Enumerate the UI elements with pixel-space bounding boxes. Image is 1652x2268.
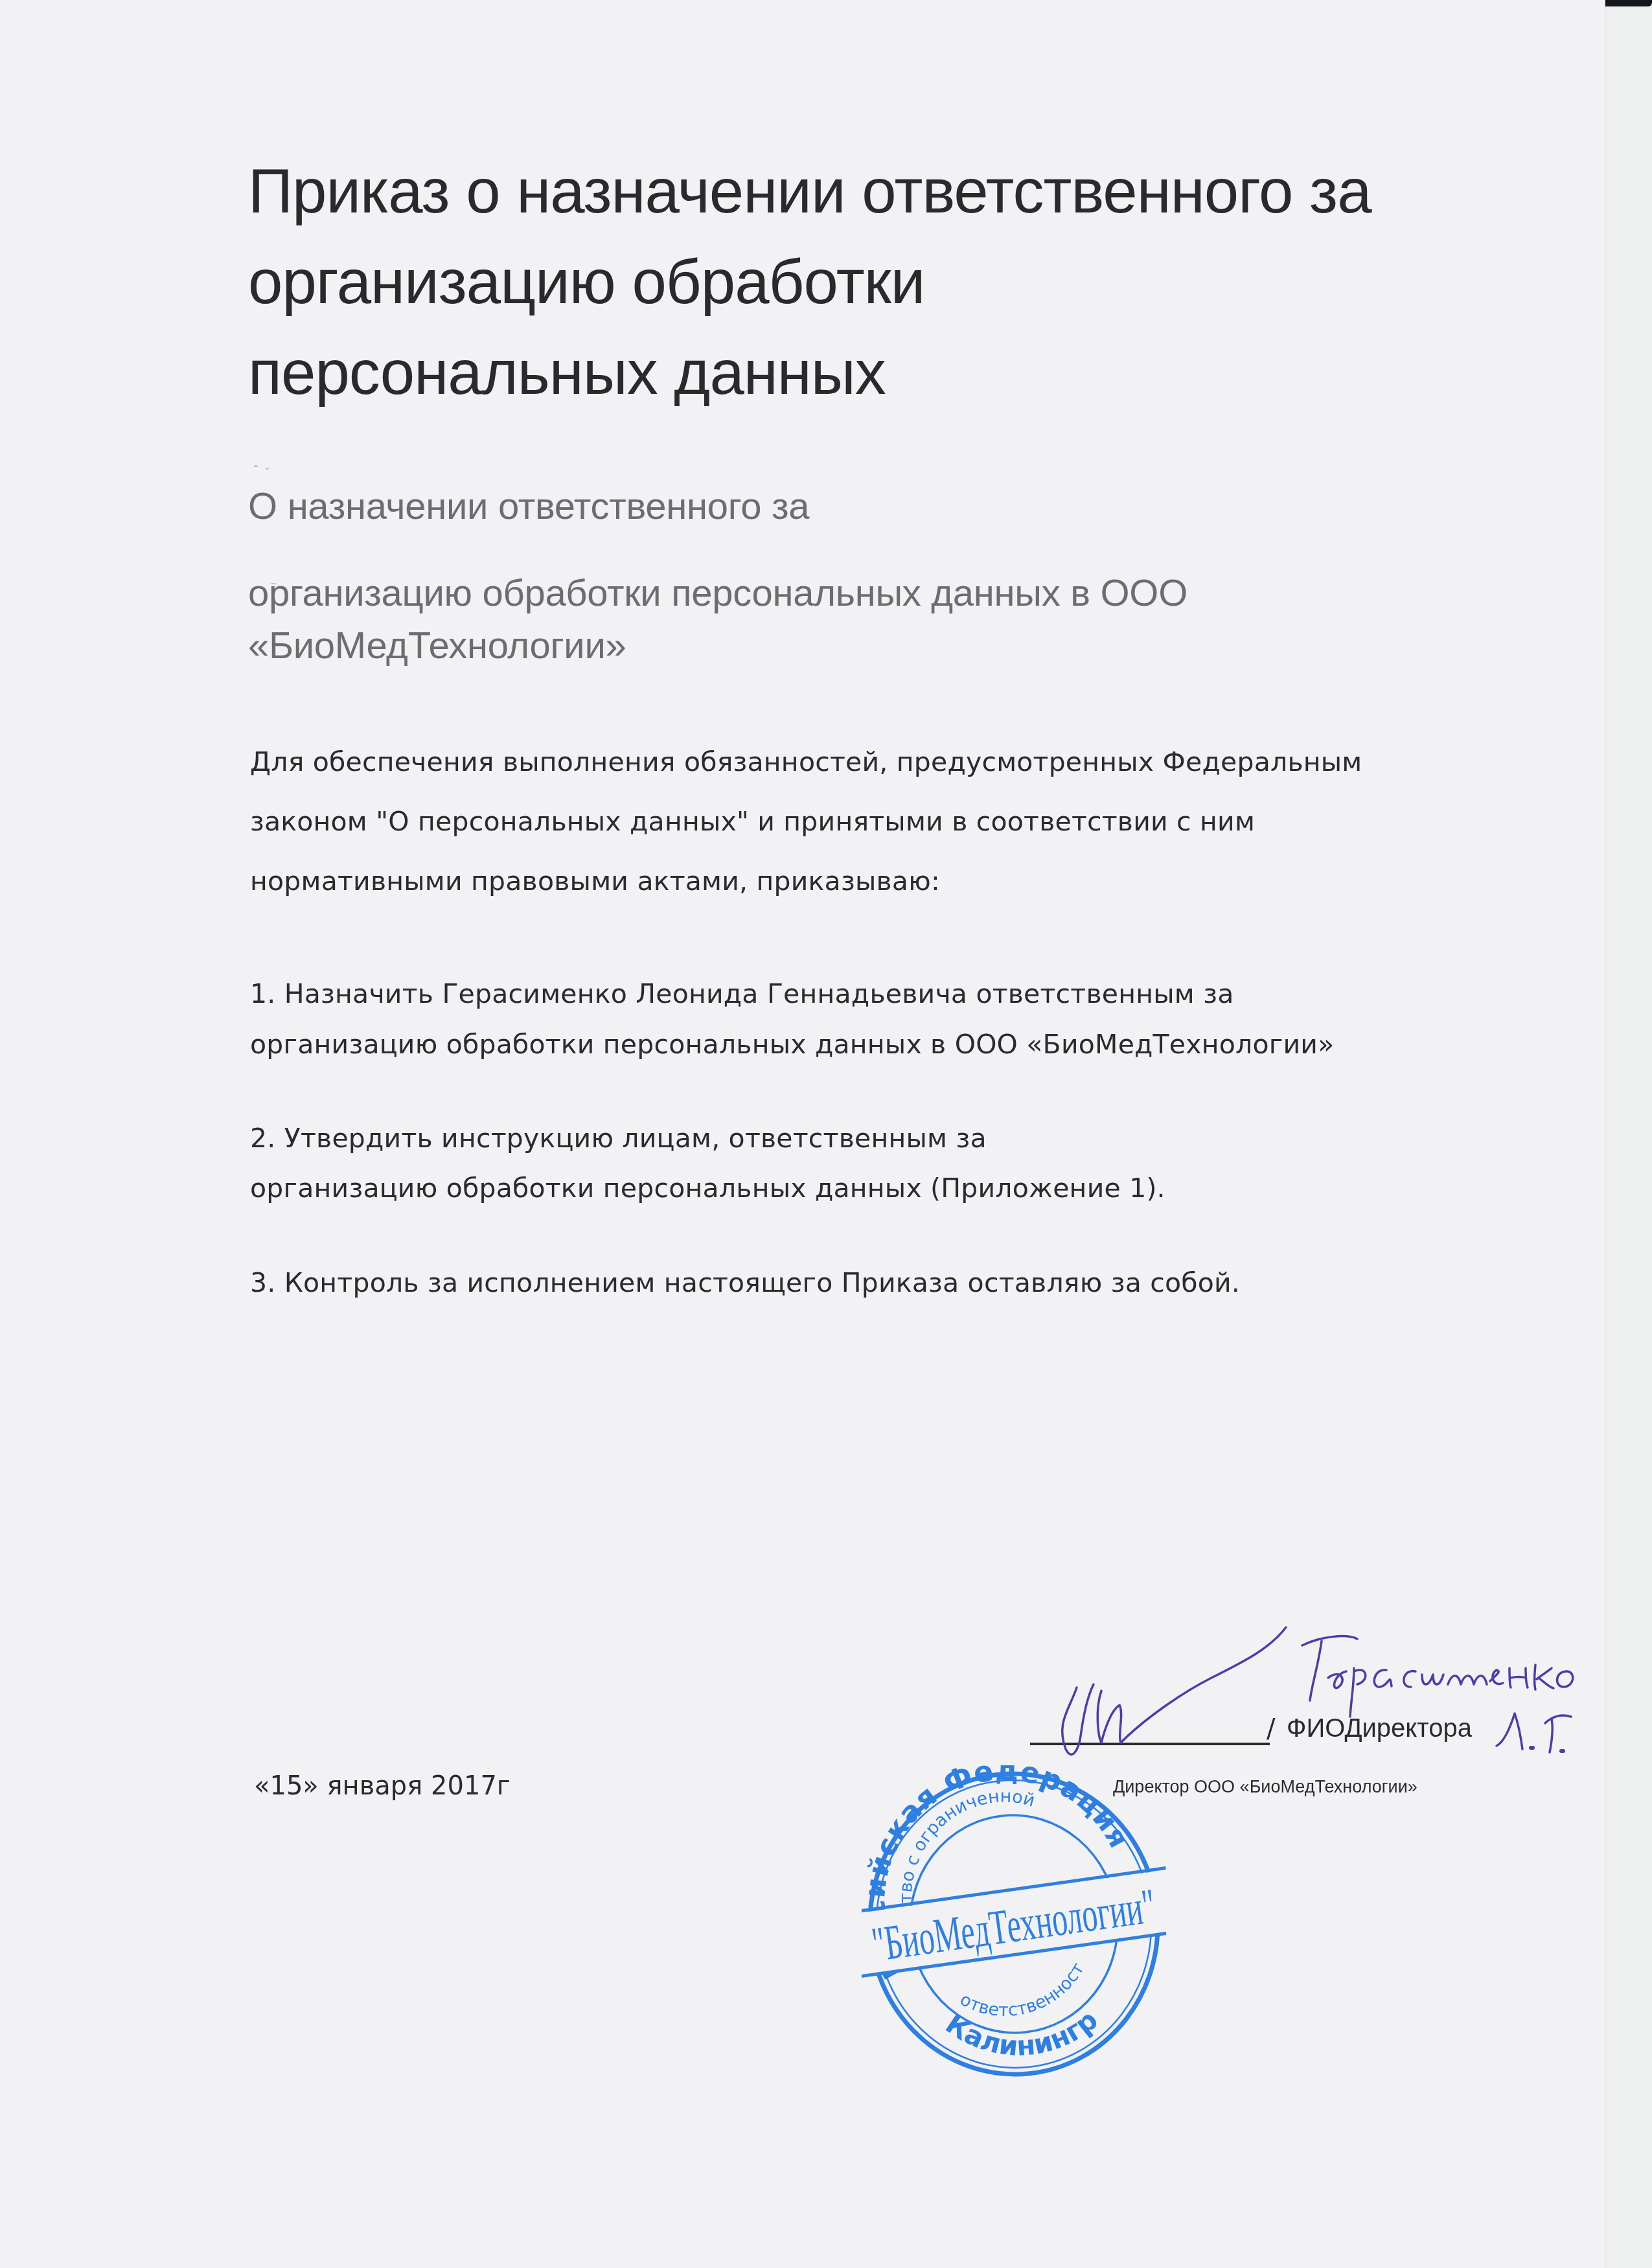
scan-speck xyxy=(271,583,276,584)
fio-label: ФИОДиректора xyxy=(1287,1714,1472,1743)
title-line: персональных данных xyxy=(248,328,1544,418)
document-date: «15» января 2017г xyxy=(254,1771,511,1801)
title-line: организацию обработки xyxy=(248,237,1544,328)
subtitle-line: «БиоМедТехнологии» xyxy=(248,624,626,667)
signature-line xyxy=(1030,1743,1270,1745)
intro-line: нормативными правовыми актами, приказыва… xyxy=(250,865,940,897)
intro-line: Для обеспечения выполнения обязанностей,… xyxy=(250,746,1362,777)
intro-line: законом "О персональных данных" и принят… xyxy=(250,806,1255,837)
scanner-edge xyxy=(1605,0,1652,6)
signature-slash: / xyxy=(1267,1714,1275,1744)
scan-speck xyxy=(254,465,258,467)
order-item-3: 3. Контроль за исполнением настоящего Пр… xyxy=(250,1267,1240,1298)
subtitle-line: организацию обработки персональных данны… xyxy=(248,571,1187,615)
order-item-2: 2. Утвердить инструкцию лицам, ответстве… xyxy=(250,1123,987,1154)
title-line: Приказ о назначении ответственного за xyxy=(248,146,1544,237)
order-item-1-cont: организацию обработки персональных данны… xyxy=(250,1029,1334,1060)
document-title: Приказ о назначении ответственного за ор… xyxy=(248,146,1544,418)
order-item-2-cont: организацию обработки персональных данны… xyxy=(250,1173,1165,1204)
order-item-1: 1. Назначить Герасименко Леонида Геннадь… xyxy=(250,978,1234,1009)
company-stamp-icon: Российская Федерация Общество с ограниче… xyxy=(862,1765,1166,2083)
scan-speck xyxy=(266,468,269,470)
subtitle-line: О назначении ответственного за xyxy=(248,485,809,528)
